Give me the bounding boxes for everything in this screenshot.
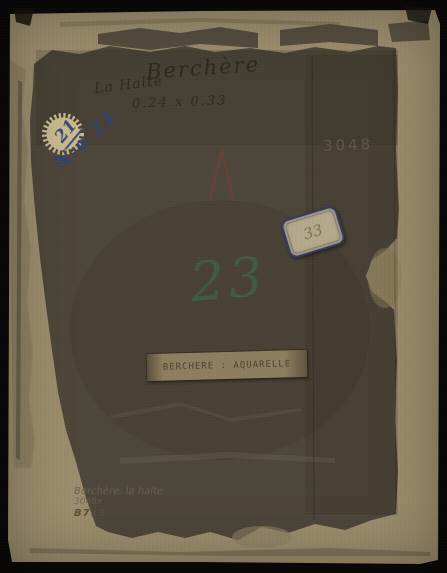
rect-sticker-number: 33 — [301, 221, 325, 244]
pencil-line-2: 3048x — [74, 497, 163, 508]
photo-frame: Berchère La Halte 0.24 x 0.33 21 N:o 21 … — [0, 0, 447, 573]
pencil-line-1: Berchère, la halte — [74, 486, 163, 497]
pencil-notes: Berchère, la halte 3048x B711 — [74, 486, 163, 519]
torn-bottom-patch — [232, 526, 292, 548]
red-crayon-mark — [204, 146, 238, 204]
stamp-number: 3048 — [323, 135, 374, 155]
green-number: 23 — [187, 245, 269, 314]
typed-label: BERCHERE : AQUARELLE — [147, 350, 308, 381]
typed-label-text: BERCHERE : AQUARELLE — [163, 359, 292, 372]
pencil-line-3: B711 — [74, 508, 163, 519]
